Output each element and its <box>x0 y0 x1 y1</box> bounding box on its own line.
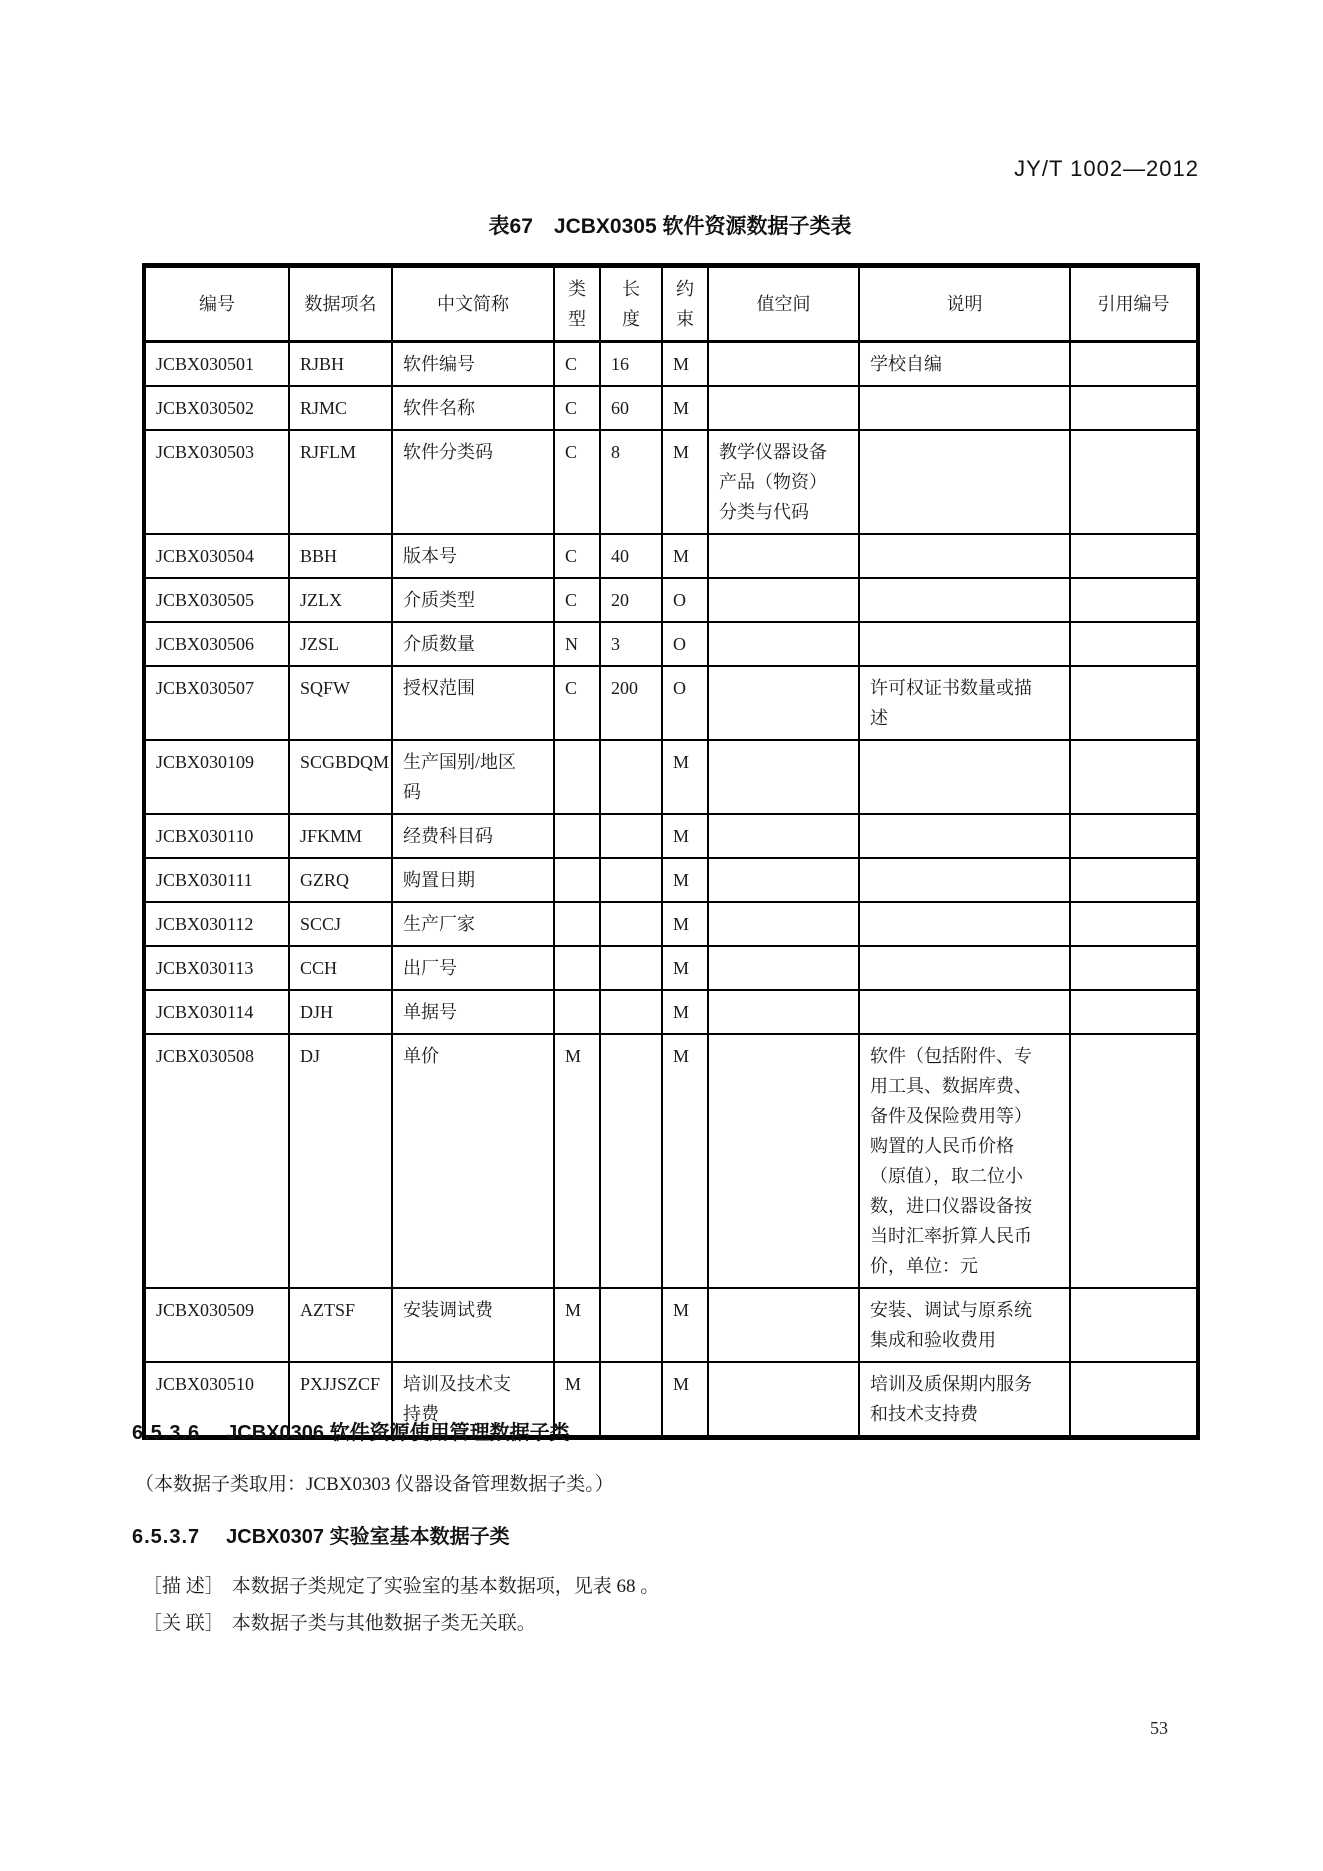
cell-id: JCBX030113 <box>144 946 289 990</box>
column-header-type: 类 型 <box>554 266 600 342</box>
cell-type <box>554 740 600 814</box>
section-number: 6.5.3.7 <box>132 1526 200 1548</box>
cell-ref <box>1070 946 1198 990</box>
cell-item: RJMC <box>289 386 392 430</box>
relation-text: 本数据子类与其他数据子类无关联。 <box>232 1613 536 1634</box>
cell-ref <box>1070 430 1198 534</box>
cell-note <box>859 534 1070 578</box>
table-row: JCBX030109SCGBDQM生产国别/地区 码M <box>144 740 1198 814</box>
table-row: JCBX030503RJFLM软件分类码C8M教学仪器设备 产品（物资） 分类与… <box>144 430 1198 534</box>
cell-ref <box>1070 1288 1198 1362</box>
cell-cons: M <box>662 430 708 534</box>
cell-cn: 授权范围 <box>392 666 554 740</box>
sections-block: 6.5.3.6JCBX0306 软件资源使用管理数据子类 （本数据子类取用：JC… <box>132 1392 1202 1635</box>
cell-len <box>600 990 662 1034</box>
column-header-cn: 中文简称 <box>392 266 554 342</box>
cell-len: 8 <box>600 430 662 534</box>
cell-note <box>859 858 1070 902</box>
column-header-note: 说明 <box>859 266 1070 342</box>
cell-item: JZSL <box>289 622 392 666</box>
cell-domain: 教学仪器设备 产品（物资） 分类与代码 <box>708 430 859 534</box>
cell-id: JCBX030502 <box>144 386 289 430</box>
cell-id: JCBX030509 <box>144 1288 289 1362</box>
cell-id: JCBX030501 <box>144 342 289 387</box>
cell-id: JCBX030112 <box>144 902 289 946</box>
cell-item: SQFW <box>289 666 392 740</box>
table-row: JCBX030504BBH版本号C40M <box>144 534 1198 578</box>
cell-id: JCBX030114 <box>144 990 289 1034</box>
cell-len <box>600 858 662 902</box>
cell-cons: O <box>662 666 708 740</box>
cell-domain <box>708 342 859 387</box>
table-row: JCBX030110JFKMM经费科目码M <box>144 814 1198 858</box>
cell-len <box>600 740 662 814</box>
cell-len: 200 <box>600 666 662 740</box>
cell-type: M <box>554 1288 600 1362</box>
table-title: 表67 JCBX0305 软件资源数据子类表 <box>143 210 1197 240</box>
cell-note <box>859 902 1070 946</box>
cell-ref <box>1070 858 1198 902</box>
page-number: 53 <box>1150 1718 1168 1739</box>
cell-domain <box>708 1288 859 1362</box>
cell-id: JCBX030505 <box>144 578 289 622</box>
column-header-cons: 约 束 <box>662 266 708 342</box>
cell-domain <box>708 990 859 1034</box>
cell-ref <box>1070 990 1198 1034</box>
cell-cn: 单据号 <box>392 990 554 1034</box>
cell-cn: 介质类型 <box>392 578 554 622</box>
cell-domain <box>708 386 859 430</box>
cell-cn: 经费科目码 <box>392 814 554 858</box>
cell-note: 软件（包括附件、专 用工具、数据库费、 备件及保险费用等） 购置的人民币价格 （… <box>859 1034 1070 1288</box>
cell-item: RJFLM <box>289 430 392 534</box>
section-heading-6.5.3.6: 6.5.3.6JCBX0306 软件资源使用管理数据子类 <box>132 1416 1202 1445</box>
cell-len: 40 <box>600 534 662 578</box>
cell-ref <box>1070 622 1198 666</box>
cell-cn: 软件编号 <box>392 342 554 387</box>
table-header-row: 编号数据项名中文简称类 型长 度约 束值空间说明引用编号 <box>144 266 1198 342</box>
cell-type: C <box>554 534 600 578</box>
cell-cn: 安装调试费 <box>392 1288 554 1362</box>
cell-note <box>859 386 1070 430</box>
cell-note <box>859 740 1070 814</box>
section-heading-6.5.3.7: 6.5.3.7JCBX0307 实验室基本数据子类 <box>132 1520 1202 1549</box>
cell-ref <box>1070 578 1198 622</box>
cell-len <box>600 814 662 858</box>
table-row: JCBX030505JZLX介质类型C20O <box>144 578 1198 622</box>
cell-cn: 生产国别/地区 码 <box>392 740 554 814</box>
cell-cons: M <box>662 858 708 902</box>
cell-cn: 单价 <box>392 1034 554 1288</box>
cell-id: JCBX030504 <box>144 534 289 578</box>
cell-type <box>554 946 600 990</box>
description-text: 本数据子类规定了实验室的基本数据项，见表 68 。 <box>232 1576 660 1597</box>
cell-cn: 购置日期 <box>392 858 554 902</box>
cell-item: SCCJ <box>289 902 392 946</box>
cell-type: C <box>554 578 600 622</box>
cell-note <box>859 814 1070 858</box>
cell-cn: 介质数量 <box>392 622 554 666</box>
relation-line: ［关 联］本数据子类与其他数据子类无关联。 <box>143 1608 1202 1635</box>
table-row: JCBX030506JZSL介质数量N3O <box>144 622 1198 666</box>
table-body: JCBX030501RJBH软件编号C16M学校自编JCBX030502RJMC… <box>144 342 1198 1438</box>
cell-cn: 出厂号 <box>392 946 554 990</box>
cell-ref <box>1070 534 1198 578</box>
cell-note <box>859 430 1070 534</box>
document-page: JY/T 1002—2012 表67 JCBX0305 软件资源数据子类表 编号… <box>0 0 1323 1871</box>
cell-cons: M <box>662 902 708 946</box>
relation-label: ［关 联］ <box>143 1613 224 1634</box>
column-header-len: 长 度 <box>600 266 662 342</box>
column-header-domain: 值空间 <box>708 266 859 342</box>
section-paragraph: （本数据子类取用：JCBX0303 仪器设备管理数据子类。） <box>135 1469 1202 1496</box>
cell-type: C <box>554 666 600 740</box>
cell-cons: O <box>662 578 708 622</box>
cell-ref <box>1070 386 1198 430</box>
cell-type: C <box>554 386 600 430</box>
cell-domain <box>708 578 859 622</box>
cell-item: RJBH <box>289 342 392 387</box>
cell-domain <box>708 946 859 990</box>
description-label: ［描 述］ <box>143 1576 224 1597</box>
cell-type: C <box>554 342 600 387</box>
table-row: JCBX030509AZTSF安装调试费MM安装、调试与原系统 集成和验收费用 <box>144 1288 1198 1362</box>
cell-item: JZLX <box>289 578 392 622</box>
cell-len <box>600 946 662 990</box>
cell-cn: 软件名称 <box>392 386 554 430</box>
cell-id: JCBX030506 <box>144 622 289 666</box>
table-row: JCBX030111GZRQ购置日期M <box>144 858 1198 902</box>
table-row: JCBX030114DJH单据号M <box>144 990 1198 1034</box>
table-row: JCBX030502RJMC软件名称C60M <box>144 386 1198 430</box>
cell-ref <box>1070 666 1198 740</box>
cell-note <box>859 990 1070 1034</box>
cell-cn: 生产厂家 <box>392 902 554 946</box>
cell-id: JCBX030111 <box>144 858 289 902</box>
cell-note: 安装、调试与原系统 集成和验收费用 <box>859 1288 1070 1362</box>
cell-id: JCBX030110 <box>144 814 289 858</box>
cell-note: 学校自编 <box>859 342 1070 387</box>
cell-type <box>554 990 600 1034</box>
cell-type <box>554 902 600 946</box>
cell-item: DJ <box>289 1034 392 1288</box>
column-header-id: 编号 <box>144 266 289 342</box>
cell-type: N <box>554 622 600 666</box>
table-row: JCBX030501RJBH软件编号C16M学校自编 <box>144 342 1198 387</box>
table-row: JCBX030507SQFW授权范围C200O许可权证书数量或描 述 <box>144 666 1198 740</box>
table-row: JCBX030113CCH出厂号M <box>144 946 1198 990</box>
cell-id: JCBX030503 <box>144 430 289 534</box>
cell-domain <box>708 622 859 666</box>
cell-item: DJH <box>289 990 392 1034</box>
cell-cons: M <box>662 534 708 578</box>
standard-doc-number: JY/T 1002—2012 <box>1014 156 1199 182</box>
cell-item: AZTSF <box>289 1288 392 1362</box>
cell-domain <box>708 1034 859 1288</box>
cell-len <box>600 902 662 946</box>
cell-cons: M <box>662 740 708 814</box>
section-title: JCBX0307 实验室基本数据子类 <box>226 1526 509 1548</box>
cell-ref <box>1070 1034 1198 1288</box>
cell-domain <box>708 740 859 814</box>
data-subclass-table: 编号数据项名中文简称类 型长 度约 束值空间说明引用编号 JCBX030501R… <box>142 263 1200 1440</box>
cell-cons: M <box>662 990 708 1034</box>
cell-type: M <box>554 1034 600 1288</box>
description-line: ［描 述］本数据子类规定了实验室的基本数据项，见表 68 。 <box>143 1571 1202 1598</box>
cell-domain <box>708 902 859 946</box>
cell-cn: 软件分类码 <box>392 430 554 534</box>
cell-domain <box>708 814 859 858</box>
cell-id: JCBX030508 <box>144 1034 289 1288</box>
cell-note <box>859 578 1070 622</box>
cell-cons: M <box>662 946 708 990</box>
cell-ref <box>1070 740 1198 814</box>
cell-len: 16 <box>600 342 662 387</box>
column-header-ref: 引用编号 <box>1070 266 1198 342</box>
cell-id: JCBX030507 <box>144 666 289 740</box>
cell-note <box>859 622 1070 666</box>
cell-len: 3 <box>600 622 662 666</box>
cell-note <box>859 946 1070 990</box>
section-title: JCBX0306 软件资源使用管理数据子类 <box>226 1422 569 1444</box>
cell-len: 60 <box>600 386 662 430</box>
table-row: JCBX030112SCCJ生产厂家M <box>144 902 1198 946</box>
cell-cons: M <box>662 1034 708 1288</box>
cell-cons: M <box>662 386 708 430</box>
cell-ref <box>1070 814 1198 858</box>
cell-cons: O <box>662 622 708 666</box>
cell-cons: M <box>662 1288 708 1362</box>
cell-ref <box>1070 902 1198 946</box>
cell-domain <box>708 534 859 578</box>
cell-len <box>600 1288 662 1362</box>
cell-cons: M <box>662 814 708 858</box>
cell-len: 20 <box>600 578 662 622</box>
cell-item: SCGBDQM <box>289 740 392 814</box>
table-row: JCBX030508DJ单价MM软件（包括附件、专 用工具、数据库费、 备件及保… <box>144 1034 1198 1288</box>
cell-type <box>554 858 600 902</box>
cell-type <box>554 814 600 858</box>
cell-item: CCH <box>289 946 392 990</box>
cell-domain <box>708 666 859 740</box>
cell-domain <box>708 858 859 902</box>
cell-cn: 版本号 <box>392 534 554 578</box>
cell-item: JFKMM <box>289 814 392 858</box>
cell-ref <box>1070 342 1198 387</box>
cell-item: GZRQ <box>289 858 392 902</box>
cell-cons: M <box>662 342 708 387</box>
section-number: 6.5.3.6 <box>132 1422 200 1444</box>
cell-note: 许可权证书数量或描 述 <box>859 666 1070 740</box>
cell-id: JCBX030109 <box>144 740 289 814</box>
cell-item: BBH <box>289 534 392 578</box>
cell-type: C <box>554 430 600 534</box>
cell-len <box>600 1034 662 1288</box>
column-header-item: 数据项名 <box>289 266 392 342</box>
